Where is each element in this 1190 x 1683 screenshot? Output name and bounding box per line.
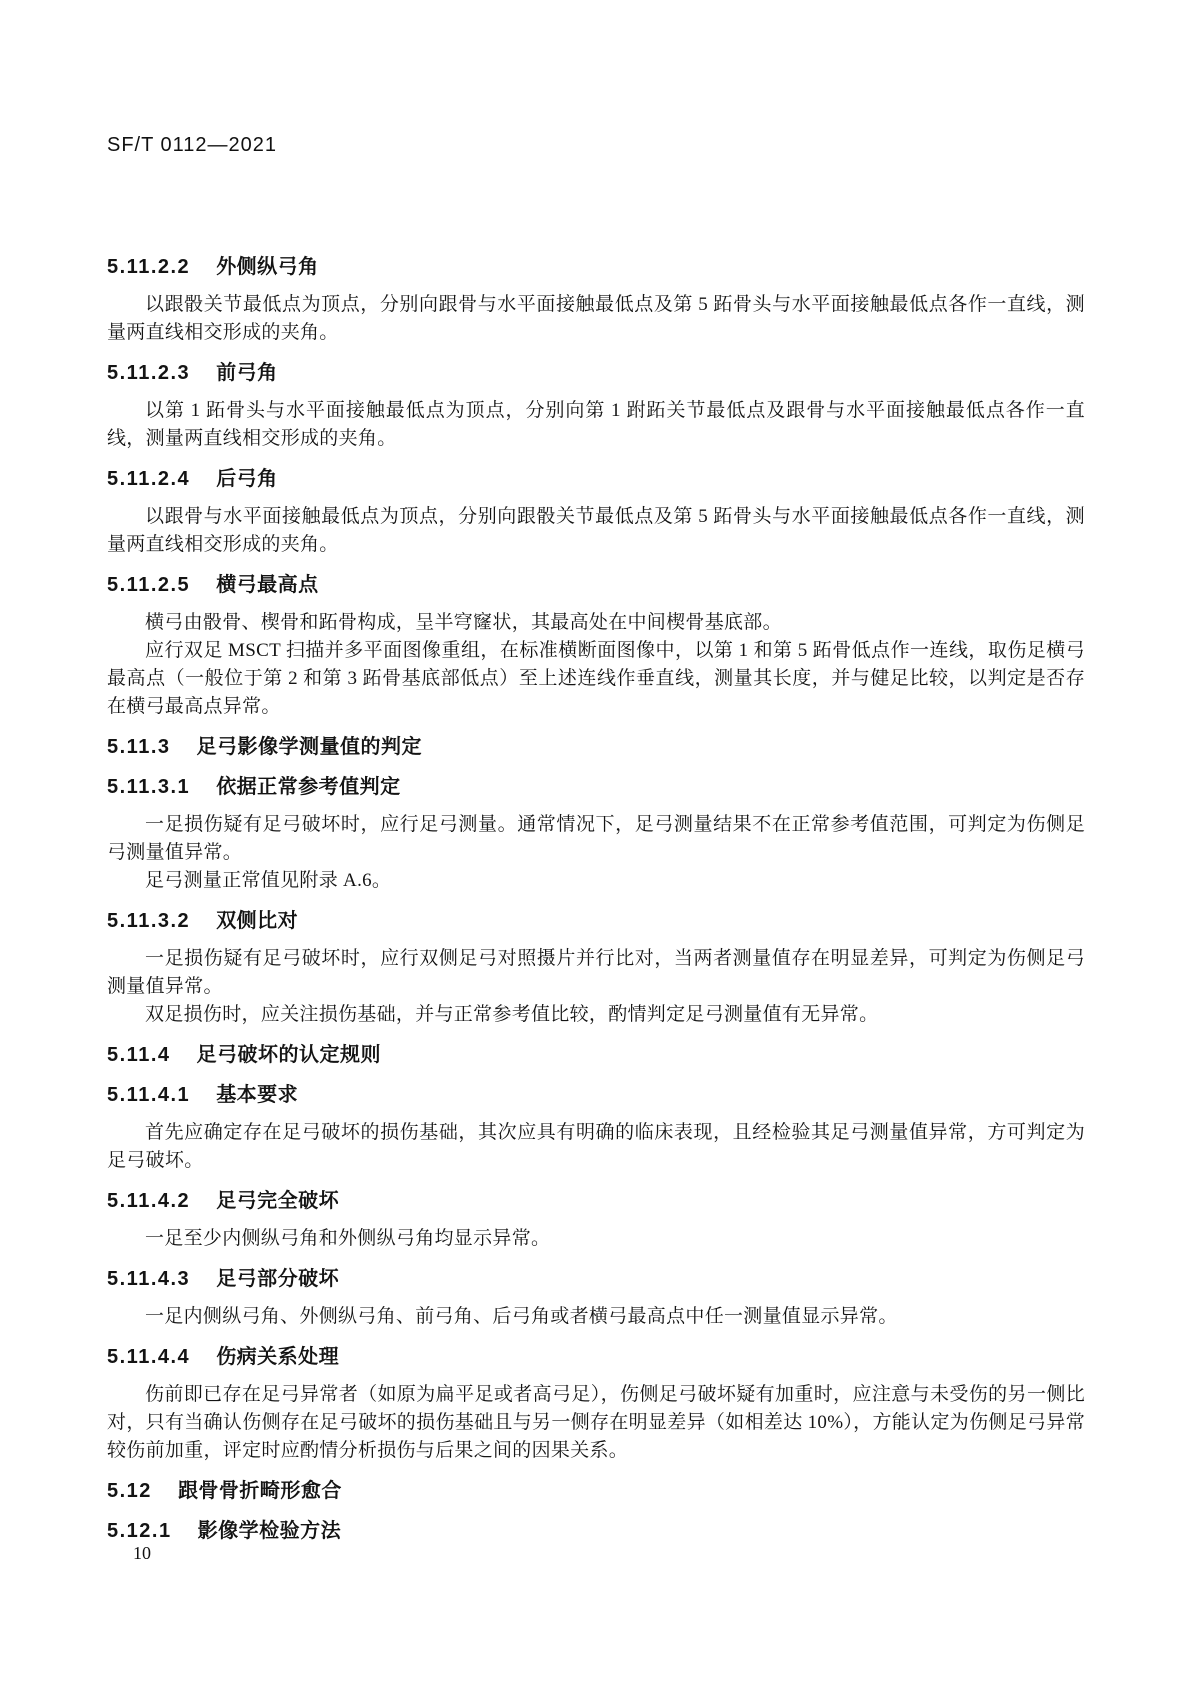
heading-title: 外侧纵弓角 bbox=[216, 256, 319, 278]
standard-code-header: SF/T 0112—2021 bbox=[107, 134, 277, 157]
heading-title: 后弓角 bbox=[216, 468, 278, 490]
heading-number: 5.11.3 bbox=[107, 736, 171, 758]
section-heading: 5.11.4.4伤病关系处理 bbox=[107, 1343, 1085, 1371]
body-paragraph: 伤前即已存在足弓异常者（如原为扁平足或者高弓足），伤侧足弓破坏疑有加重时，应注意… bbox=[107, 1381, 1085, 1465]
body-paragraph: 一足至少内侧纵弓角和外侧纵弓角均显示异常。 bbox=[107, 1225, 1085, 1253]
heading-title: 足弓完全破坏 bbox=[216, 1190, 339, 1212]
heading-title: 前弓角 bbox=[216, 362, 278, 384]
document-page: SF/T 0112—2021 5.11.2.2外侧纵弓角以跟骰关节最低点为顶点，… bbox=[0, 0, 1190, 1683]
heading-title: 跟骨骨折畸形愈合 bbox=[178, 1480, 342, 1502]
heading-title: 基本要求 bbox=[216, 1084, 298, 1106]
heading-number: 5.11.2.5 bbox=[107, 574, 190, 596]
body-paragraph: 应行双足 MSCT 扫描并多平面图像重组，在标准横断面图像中，以第 1 和第 5… bbox=[107, 637, 1085, 721]
heading-number: 5.11.4 bbox=[107, 1044, 171, 1066]
body-paragraph: 以跟骰关节最低点为顶点，分别向跟骨与水平面接触最低点及第 5 跖骨头与水平面接触… bbox=[107, 291, 1085, 347]
body-paragraph: 一足内侧纵弓角、外侧纵弓角、前弓角、后弓角或者横弓最高点中任一测量值显示异常。 bbox=[107, 1303, 1085, 1331]
heading-number: 5.11.4.3 bbox=[107, 1268, 190, 1290]
heading-number: 5.12.1 bbox=[107, 1520, 172, 1542]
body-paragraph: 以第 1 跖骨头与水平面接触最低点为顶点，分别向第 1 跗跖关节最低点及跟骨与水… bbox=[107, 397, 1085, 453]
content: 5.11.2.2外侧纵弓角以跟骰关节最低点为顶点，分别向跟骨与水平面接触最低点及… bbox=[107, 241, 1085, 1555]
body-paragraph: 足弓测量正常值见附录 A.6。 bbox=[107, 867, 1085, 895]
page-number: 10 bbox=[133, 1543, 151, 1564]
section-heading: 5.11.2.5横弓最高点 bbox=[107, 571, 1085, 599]
section-heading: 5.11.2.3前弓角 bbox=[107, 359, 1085, 387]
heading-number: 5.11.2.2 bbox=[107, 256, 190, 278]
section-heading: 5.11.4.1基本要求 bbox=[107, 1081, 1085, 1109]
heading-number: 5.12 bbox=[107, 1480, 152, 1502]
section-heading: 5.11.3足弓影像学测量值的判定 bbox=[107, 733, 1085, 761]
body-paragraph: 一足损伤疑有足弓破坏时，应行双侧足弓对照摄片并行比对，当两者测量值存在明显差异，… bbox=[107, 945, 1085, 1001]
section-heading: 5.11.4.2足弓完全破坏 bbox=[107, 1187, 1085, 1215]
section-heading: 5.11.2.4后弓角 bbox=[107, 465, 1085, 493]
heading-title: 足弓影像学测量值的判定 bbox=[197, 736, 423, 758]
heading-number: 5.11.3.1 bbox=[107, 776, 190, 798]
body-paragraph: 一足损伤疑有足弓破坏时，应行足弓测量。通常情况下，足弓测量结果不在正常参考值范围… bbox=[107, 811, 1085, 867]
section-heading: 5.11.3.2双侧比对 bbox=[107, 907, 1085, 935]
body-paragraph: 首先应确定存在足弓破坏的损伤基础，其次应具有明确的临床表现，且经检验其足弓测量值… bbox=[107, 1119, 1085, 1175]
section-heading: 5.12跟骨骨折畸形愈合 bbox=[107, 1477, 1085, 1505]
section-heading: 5.11.3.1依据正常参考值判定 bbox=[107, 773, 1085, 801]
section-heading: 5.11.2.2外侧纵弓角 bbox=[107, 253, 1085, 281]
section-heading: 5.12.1影像学检验方法 bbox=[107, 1517, 1085, 1545]
heading-number: 5.11.4.1 bbox=[107, 1084, 190, 1106]
heading-title: 影像学检验方法 bbox=[198, 1520, 342, 1542]
heading-number: 5.11.2.4 bbox=[107, 468, 190, 490]
body-paragraph: 横弓由骰骨、楔骨和跖骨构成，呈半穹窿状，其最高处在中间楔骨基底部。 bbox=[107, 609, 1085, 637]
heading-title: 足弓部分破坏 bbox=[216, 1268, 339, 1290]
heading-number: 5.11.3.2 bbox=[107, 910, 190, 932]
section-heading: 5.11.4足弓破坏的认定规则 bbox=[107, 1041, 1085, 1069]
heading-title: 伤病关系处理 bbox=[216, 1346, 339, 1368]
heading-title: 依据正常参考值判定 bbox=[216, 776, 401, 798]
body-paragraph: 以跟骨与水平面接触最低点为顶点，分别向跟骰关节最低点及第 5 跖骨头与水平面接触… bbox=[107, 503, 1085, 559]
section-heading: 5.11.4.3足弓部分破坏 bbox=[107, 1265, 1085, 1293]
heading-number: 5.11.4.2 bbox=[107, 1190, 190, 1212]
body-paragraph: 双足损伤时，应关注损伤基础，并与正常参考值比较，酌情判定足弓测量值有无异常。 bbox=[107, 1001, 1085, 1029]
heading-number: 5.11.2.3 bbox=[107, 362, 190, 384]
heading-title: 横弓最高点 bbox=[216, 574, 319, 596]
heading-title: 双侧比对 bbox=[216, 910, 298, 932]
heading-title: 足弓破坏的认定规则 bbox=[197, 1044, 382, 1066]
heading-number: 5.11.4.4 bbox=[107, 1346, 190, 1368]
